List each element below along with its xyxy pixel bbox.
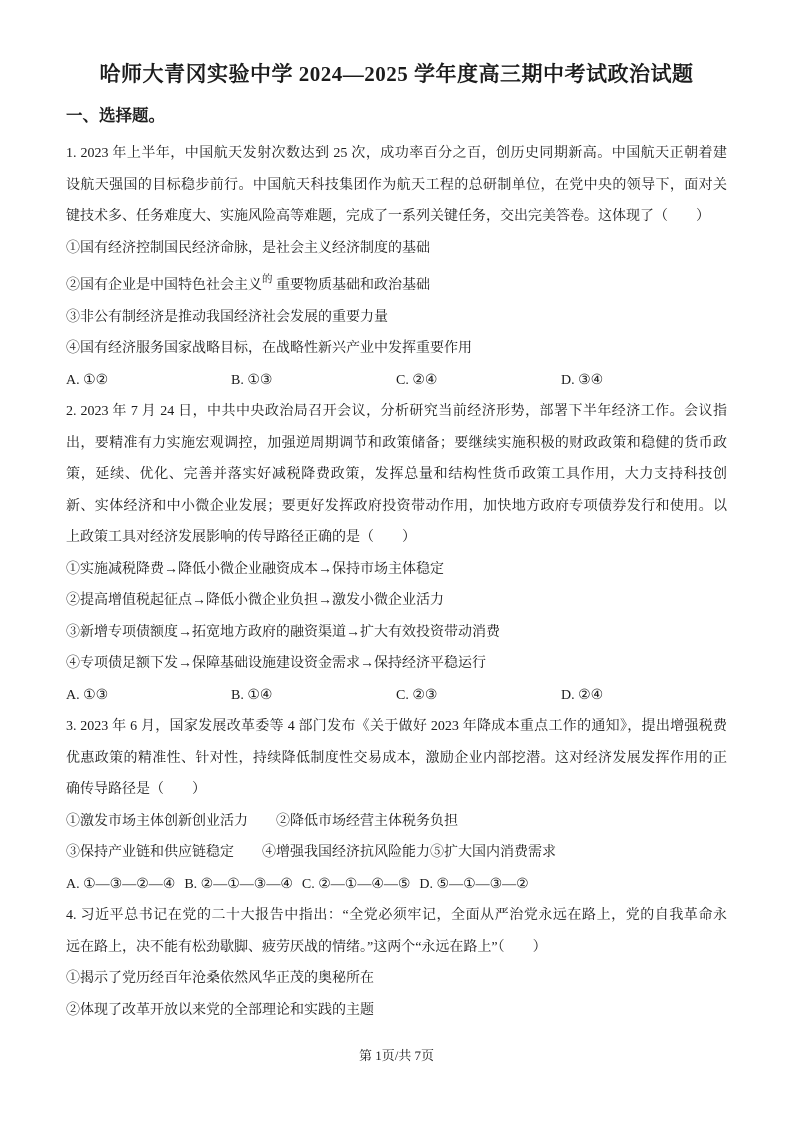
choice-c: C. ②④: [396, 365, 561, 397]
section-heading: 一、选择题。: [66, 100, 727, 132]
superscript-char: 的: [262, 274, 273, 285]
choice-c: C. ②③: [396, 680, 561, 712]
question-3: 3. 2023 年 6 月，国家发展改革委等 4 部门发布《关于做好 2023 …: [66, 711, 727, 900]
question-2-option-3: ③新增专项债额度→拓宽地方政府的融资渠道→扩大有效投资带动消费: [66, 617, 727, 649]
question-3-options-line-1: ①激发市场主体创新创业活力 ②降低市场经营主体税务负担: [66, 806, 727, 838]
question-1-choices: A. ①② B. ①③ C. ②④ D. ③④: [66, 365, 727, 397]
option-text: 重要物质基础和政治基础: [273, 278, 431, 293]
question-1-option-1: ①国有经济控制国民经济命脉，是社会主义经济制度的基础: [66, 233, 727, 265]
question-4: 4. 习近平总书记在党的二十大报告中指出：“全党必须牢记，全面从严治党永远在路上…: [66, 900, 727, 1026]
question-2-option-2: ②提高增值税起征点→降低小微企业负担→激发小微企业活力: [66, 585, 727, 617]
question-2: 2. 2023 年 7 月 24 日，中共中央政治局召开会议，分析研究当前经济形…: [66, 396, 727, 711]
choice-b: B. ②—①—③—④: [184, 869, 293, 901]
document-body: 一、选择题。 1. 2023 年上半年，中国航天发射次数达到 25 次，成功率百…: [0, 100, 793, 1072]
question-2-stem-line: 2. 2023 年 7 月 24 日，中共中央政治局召开会议，分析研究当前经济形…: [66, 396, 727, 428]
option-text: ②国有企业是中国特色社会主义: [66, 278, 262, 293]
choice-c: C. ②—①—④—⑤: [302, 869, 411, 901]
question-1-option-4: ④国有经济服务国家战略目标，在战略性新兴产业中发挥重要作用: [66, 333, 727, 365]
question-4-stem-line: 4. 习近平总书记在党的二十大报告中指出：“全党必须牢记，全面从严治党永远在路上…: [66, 900, 727, 932]
question-2-stem-line: 上政策工具对经济发展影响的传导路径正确的是（ ）: [66, 522, 727, 554]
question-2-choices: A. ①③ B. ①④ C. ②③ D. ②④: [66, 680, 727, 712]
question-4-option-1: ①揭示了党历经百年沧桑依然风华正茂的奥秘所在: [66, 963, 727, 995]
question-2-stem-line: 新、实体经济和中小微企业发展；要更好发挥政府投资带动作用，加快地方政府专项债券发…: [66, 491, 727, 523]
question-3-options-line-2: ③保持产业链和供应链稳定 ④增强我国经济抗风险能力⑤扩大国内消费需求: [66, 837, 727, 869]
choice-d: D. ②④: [561, 680, 727, 712]
exam-document-page: 哈师大青冈实验中学 2024—2025 学年度高三期中考试政治试题 一、选择题。…: [0, 0, 793, 1122]
question-1-stem-line: 1. 2023 年上半年，中国航天发射次数达到 25 次，成功率百分之百，创历史…: [66, 138, 727, 170]
choice-b: B. ①④: [231, 680, 396, 712]
question-1-stem-line: 键技术多、任务难度大、实施风险高等难题，完成了一系列关键任务，交出完美答卷。这体…: [66, 201, 727, 233]
question-2-stem-line: 出，要精准有力实施宏观调控，加强逆周期调节和政策储备；要继续实施积极的财政政策和…: [66, 428, 727, 460]
choice-a: A. ①②: [66, 365, 231, 397]
question-2-option-1: ①实施减税降费→降低小微企业融资成本→保持市场主体稳定: [66, 554, 727, 586]
question-1: 1. 2023 年上半年，中国航天发射次数达到 25 次，成功率百分之百，创历史…: [66, 138, 727, 396]
question-3-stem-line: 3. 2023 年 6 月，国家发展改革委等 4 部门发布《关于做好 2023 …: [66, 711, 727, 743]
choice-a: A. ①③: [66, 680, 231, 712]
choice-d: D. ⑤—①—③—②: [419, 869, 528, 901]
choice-a: A. ①—③—②—④: [66, 869, 175, 901]
question-4-option-2: ②体现了改革开放以来党的全部理论和实践的主题: [66, 995, 727, 1027]
question-3-choices: A. ①—③—②—④ B. ②—①—③—④ C. ②—①—④—⑤ D. ⑤—①—…: [66, 869, 727, 901]
question-1-option-3: ③非公有制经济是推动我国经济社会发展的重要力量: [66, 302, 727, 334]
document-title: 哈师大青冈实验中学 2024—2025 学年度高三期中考试政治试题: [0, 0, 793, 92]
page-number: 第 1页/共 7页: [66, 1040, 727, 1072]
question-4-stem-line: 远在路上，决不能有松劲歇脚、疲劳厌战的情绪。”这两个“永远在路上”（ ）: [66, 932, 727, 964]
choice-b: B. ①③: [231, 365, 396, 397]
question-1-stem-line: 设航天强国的目标稳步前行。中国航天科技集团作为航天工程的总研制单位，在党中央的领…: [66, 170, 727, 202]
question-3-stem-line: 优惠政策的精准性、针对性，持续降低制度性交易成本，激励企业内部挖潜。这对经济发展…: [66, 743, 727, 775]
question-3-stem-line: 确传导路径是（ ）: [66, 774, 727, 806]
question-2-stem-line: 策，延续、优化、完善并落实好减税降费政策，发挥总量和结构性货币政策工具作用，大力…: [66, 459, 727, 491]
question-2-option-4: ④专项债足额下发→保障基础设施建设资金需求→保持经济平稳运行: [66, 648, 727, 680]
choice-d: D. ③④: [561, 365, 727, 397]
question-1-option-2: ②国有企业是中国特色社会主义的 重要物质基础和政治基础: [66, 264, 727, 302]
